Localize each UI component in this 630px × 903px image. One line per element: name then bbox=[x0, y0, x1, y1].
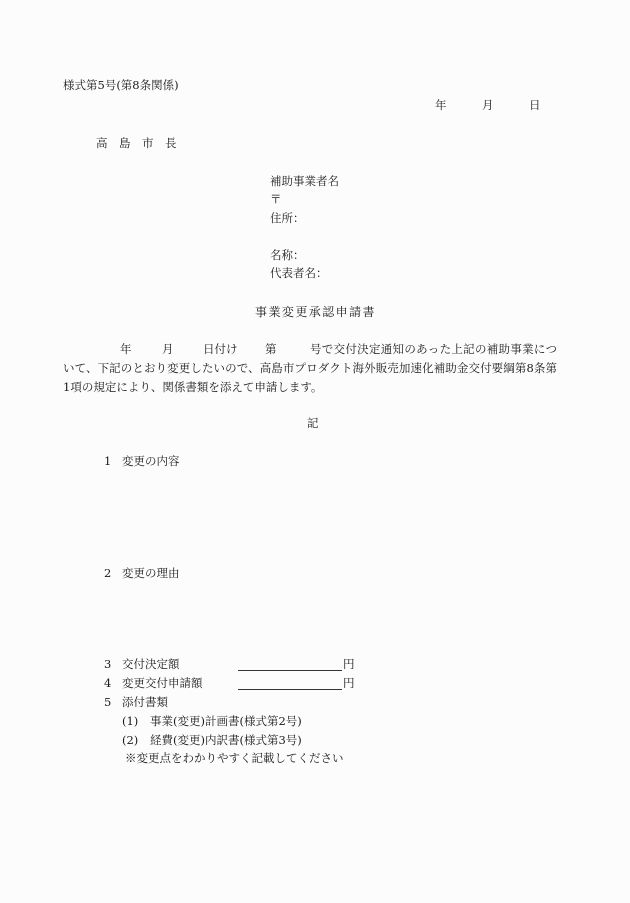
address-label: 住所： bbox=[270, 213, 305, 225]
item-number: 2 bbox=[104, 568, 111, 580]
item-label: 変更の内容 bbox=[122, 456, 180, 468]
item-label: 変更の理由 bbox=[122, 568, 180, 580]
change-request-amount-field[interactable] bbox=[238, 689, 342, 690]
form-number: 様式第5号(第8条関係) bbox=[63, 80, 179, 92]
date-year-label: 年 bbox=[435, 100, 447, 112]
representative-label: 代表者名： bbox=[270, 268, 328, 280]
document-title: 事業変更承認申請書 bbox=[255, 306, 376, 318]
item-number: 1 bbox=[104, 456, 111, 468]
item-label: 変更交付申請額 bbox=[122, 678, 203, 690]
postal-mark: 〒 bbox=[270, 194, 282, 206]
attachment-number: (1) bbox=[122, 716, 138, 728]
attachment-label: 事業(変更)計画書(様式第2号) bbox=[150, 716, 302, 728]
attachment-number: (2) bbox=[122, 735, 138, 747]
item-number: 4 bbox=[104, 678, 111, 690]
addressee: 高 島 市 長 bbox=[96, 138, 177, 150]
ki-heading: 記 bbox=[307, 418, 319, 430]
yen-unit: 円 bbox=[343, 659, 355, 671]
yen-unit: 円 bbox=[343, 678, 355, 690]
body-text: 号で交付決定通知のあった上記の補助事業について、下記のとおり変更したいので、高島… bbox=[63, 340, 557, 397]
applicant-heading: 補助事業者名 bbox=[270, 176, 339, 188]
attachment-label: 経費(変更)内訳書(様式第3号) bbox=[150, 735, 302, 747]
item-number: 3 bbox=[104, 659, 111, 671]
item-label: 添付書類 bbox=[122, 697, 168, 709]
date-month-label: 月 bbox=[482, 100, 494, 112]
note: ※変更点をわかりやすく記載してください bbox=[125, 753, 344, 765]
date-day-label: 日 bbox=[529, 100, 541, 112]
grant-decision-amount-field[interactable] bbox=[238, 670, 342, 671]
item-label: 交付決定額 bbox=[122, 659, 180, 671]
name-label: 名称： bbox=[270, 250, 305, 262]
item-number: 5 bbox=[104, 697, 111, 709]
